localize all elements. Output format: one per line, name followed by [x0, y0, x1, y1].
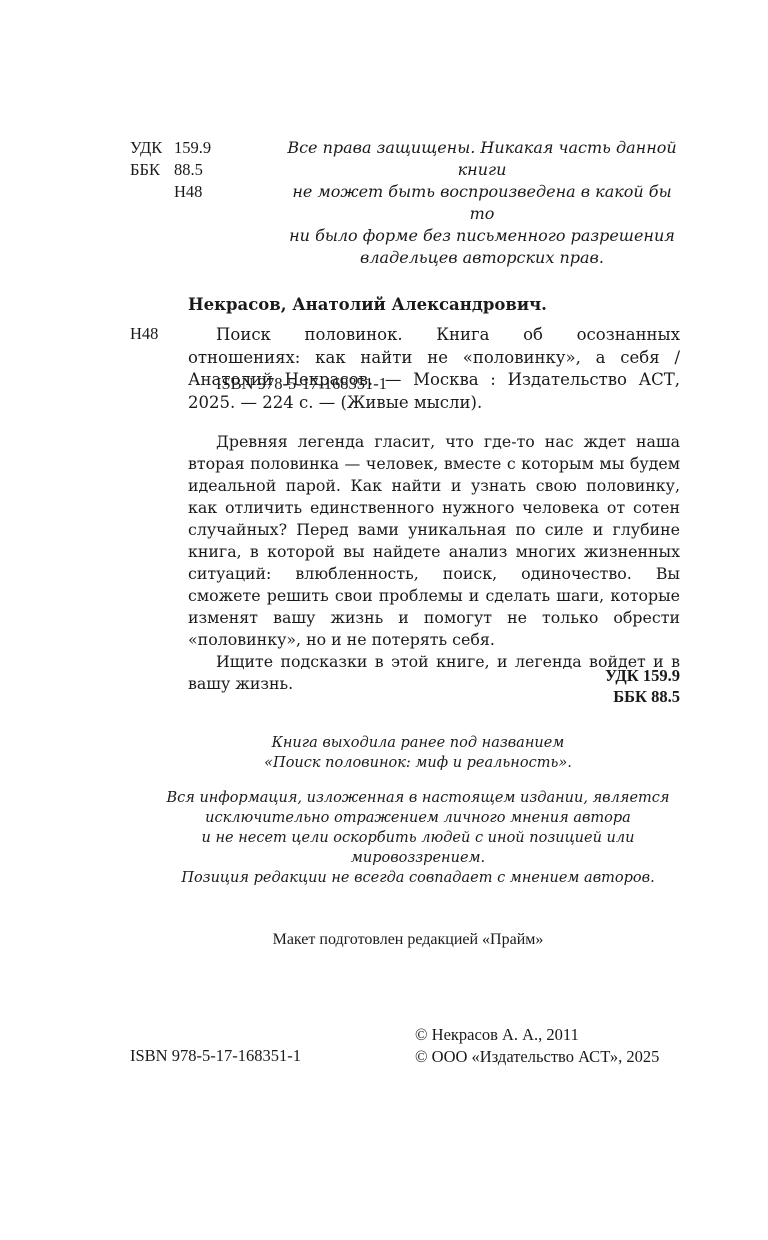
layout-note: Макет подготовлен редакцией «Прайм» [120, 931, 696, 949]
disclaimer-line: и не несет цели оскорбить людей с иной п… [150, 828, 686, 868]
footer-isbn: ISBN 978-5-17-168351-1 [130, 1046, 301, 1066]
udk-bold: УДК 159.9 [560, 665, 680, 686]
previous-title-note: Книга выходила ранее под названием «Поис… [150, 733, 686, 773]
rights-line: владельцев авторских прав. [282, 247, 682, 269]
author-sign: Н48 [174, 181, 202, 203]
note-line: «Поиск половинок: миф и реальность». [150, 753, 686, 773]
rights-line: ни было форме без письменного разрешения [282, 225, 682, 247]
copyright-block: © Некрасов А. А., 2011 © ООО «Издательст… [415, 1024, 659, 1068]
disclaimer: Вся информация, изложенная в настоящем и… [150, 788, 686, 888]
rights-line: не может быть воспроизведена в какой бы … [282, 181, 682, 225]
rights-notice: Все права защищены. Никакая часть данной… [282, 137, 682, 269]
catalog-isbn: ISBN 978-5-17-168351-1 [216, 374, 387, 394]
udk-label: УДК [130, 137, 174, 159]
bbk-label: ББК [130, 159, 174, 181]
copyright-author: © Некрасов А. А., 2011 [415, 1024, 659, 1046]
bibliographic-description: Поиск половинок. Книга об осознанных отн… [188, 324, 680, 414]
disclaimer-line: Позиция редакции не всегда совпадает с м… [150, 868, 686, 888]
bbk-row: ББК 88.5 [130, 159, 211, 181]
udk-row: УДК 159.9 [130, 137, 211, 159]
copyright-publisher: © ООО «Издательство АСТ», 2025 [415, 1046, 659, 1068]
bbk-value: 88.5 [174, 159, 203, 181]
disclaimer-line: Вся информация, изложенная в настоящем и… [150, 788, 686, 808]
bbk-bold: ББК 88.5 [560, 686, 680, 707]
author-sign-row: Н48 [130, 181, 211, 203]
rights-line: Все права защищены. Никакая часть данной… [282, 137, 682, 181]
abstract-paragraph: Древняя легенда гласит, что где-то нас ж… [188, 431, 680, 651]
disclaimer-line: исключительно отражением личного мнения … [150, 808, 686, 828]
catalog-code: Н48 [130, 324, 158, 344]
note-line: Книга выходила ранее под названием [150, 733, 686, 753]
abstract: Древняя легенда гласит, что где-то нас ж… [188, 431, 680, 695]
classification-block: УДК 159.9 ББК 88.5 Н48 [130, 137, 211, 203]
classification-bold: УДК 159.9 ББК 88.5 [560, 665, 680, 707]
author-heading: Некрасов, Анатолий Александрович. [188, 295, 547, 314]
udk-value: 159.9 [174, 137, 211, 159]
